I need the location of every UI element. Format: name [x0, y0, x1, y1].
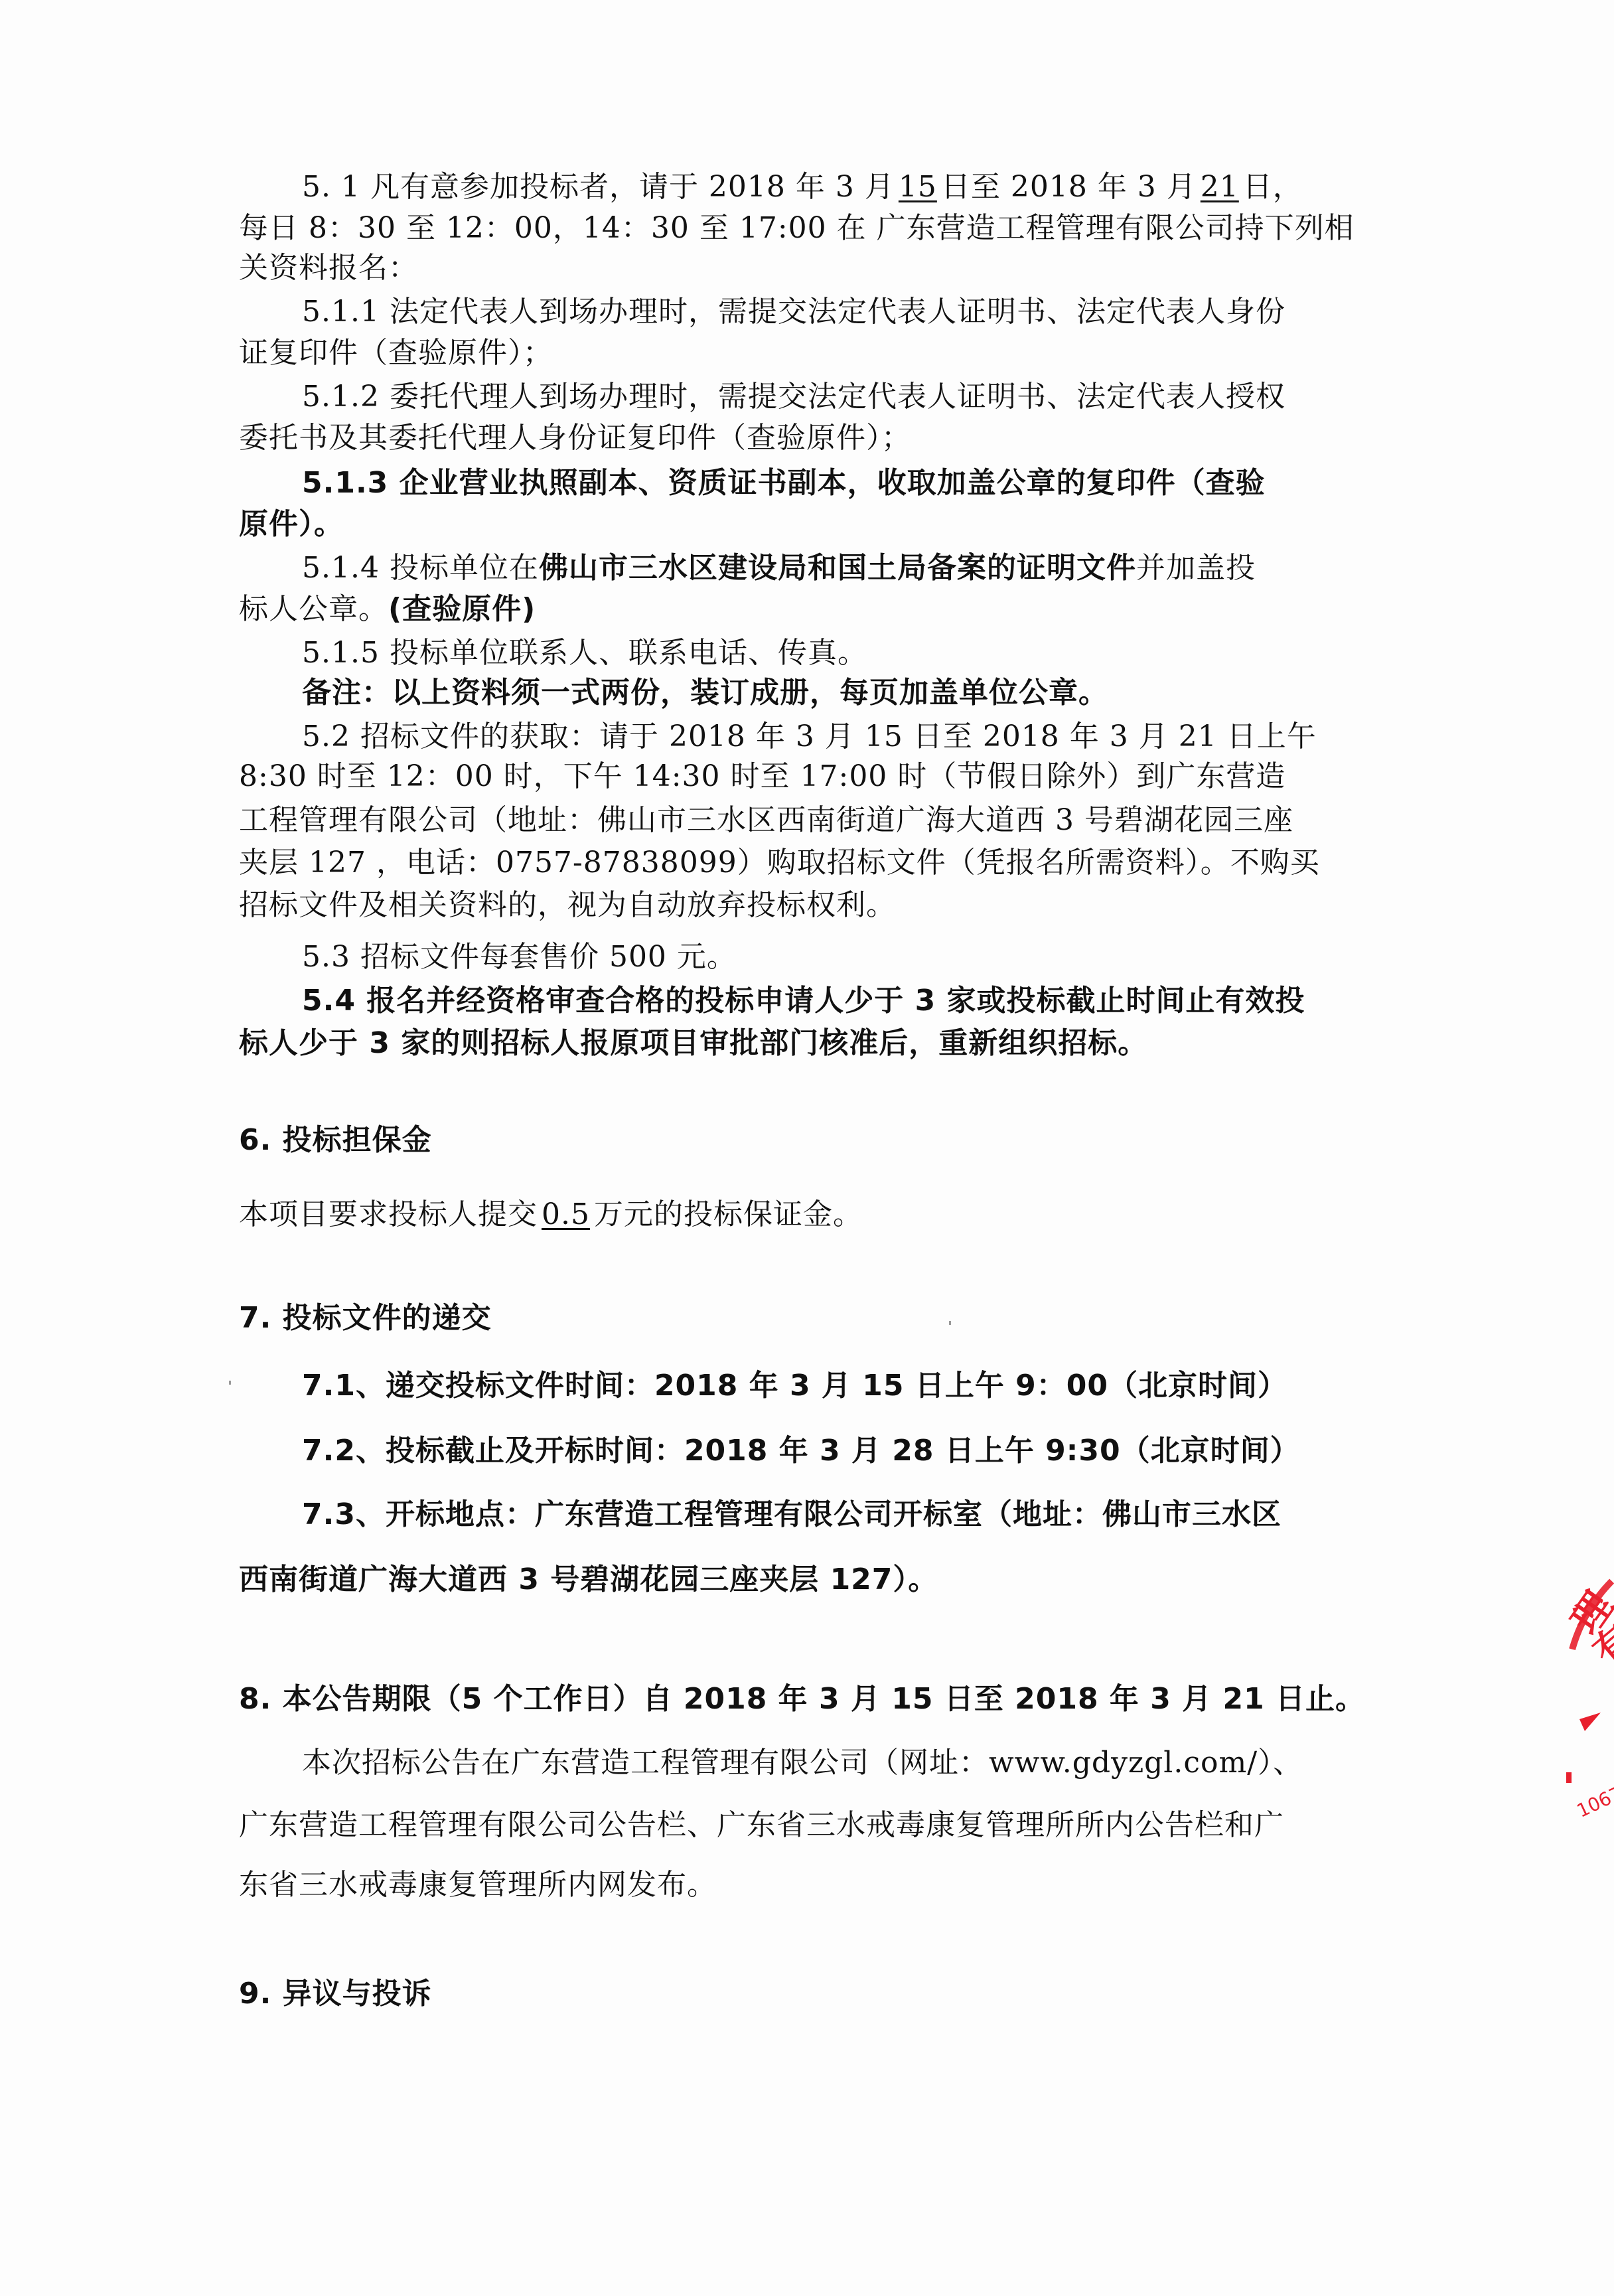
section8-body-line1: 本次招标公告在广东营造工程管理有限公司（网址：www.gdyzgl.com/）、 — [302, 1743, 1303, 1783]
section6-heading: 6. 投标担保金 — [239, 1120, 432, 1160]
p5-2-line3: 工程管理有限公司（地址：佛山市三水区西南街道广海大道西 3 号碧湖花园三座 — [239, 801, 1293, 840]
p5-2-line4: 夹层 127 ，电话：0757-87838099）购取招标文件（凭报名所需资料）… — [239, 843, 1320, 883]
p5-1-line2: 每日 8：30 至 12：00，14：30 至 17:00 在 广东营造工程管理… — [239, 208, 1355, 248]
text: 标人公章。 — [239, 592, 388, 626]
start-day-underlined: 15 — [895, 170, 941, 204]
text: 5.1.4 投标单位在 — [302, 551, 539, 585]
text: 日至 2018 年 3 月 — [941, 170, 1197, 204]
p5-1-line1: 5. 1 凡有意参加投标者，请于 2018 年 3 月15日至 2018 年 3… — [302, 167, 1303, 207]
section8-body-line3: 东省三水戒毒康复管理所内网发布。 — [239, 1865, 717, 1905]
document-page: 5. 1 凡有意参加投标者，请于 2018 年 3 月15日至 2018 年 3… — [0, 0, 1614, 2296]
text: 日， — [1243, 170, 1303, 204]
p5-1-2-line1: 5.1.2 委托代理人到场办理时，需提交法定代表人证明书、法定代表人授权 — [302, 377, 1285, 417]
p5-4-line2: 标人少于 3 家的则招标人报原项目审批部门核准后，重新组织招标。 — [239, 1024, 1147, 1063]
deposit-amount-underlined: 0.5 — [538, 1197, 594, 1231]
p5-1-3-line2: 原件）。 — [239, 504, 344, 544]
company-seal-icon: 理 有 1067 — [1553, 1520, 1614, 1865]
svg-text:1067: 1067 — [1574, 1782, 1614, 1822]
section6-body: 本项目要求投标人提交0.5万元的投标保证金。 — [239, 1195, 863, 1235]
p5-2-line5: 招标文件及相关资料的，视为自动放弃投标权利。 — [239, 885, 896, 925]
p5-3-line1: 5.3 招标文件每套售价 500 元。 — [302, 937, 737, 977]
end-day-underlined: 21 — [1197, 170, 1243, 204]
p5-1-1-line2: 证复印件（查验原件）； — [239, 333, 553, 373]
section8-heading: 8. 本公告期限（5 个工作日）自 2018 年 3 月 15 日至 2018 … — [239, 1679, 1365, 1719]
scan-speck — [229, 1381, 231, 1385]
p5-1-4-line2: 标人公章。(查验原件) — [239, 589, 536, 629]
p5-1-2-line2: 委托书及其委托代理人身份证复印件（查验原件）； — [239, 418, 911, 458]
text: 并加盖投 — [1136, 551, 1256, 585]
p5-4-line1: 5.4 报名并经资格审查合格的投标申请人少于 3 家或投标截止时间止有效投 — [302, 981, 1305, 1021]
scan-speck — [949, 1321, 951, 1325]
bold-text: 佛山市三水区建设局和国土局备案的证明文件 — [539, 551, 1136, 585]
p7-3-line2: 西南街道广海大道西 3 号碧湖花园三座夹层 127）。 — [239, 1560, 938, 1600]
text: 万元的投标保证金。 — [594, 1197, 863, 1231]
p5-1-1-line1: 5.1.1 法定代表人到场办理时，需提交法定代表人证明书、法定代表人身份 — [302, 292, 1285, 332]
section8-body-line2: 广东营造工程管理有限公司公告栏、广东省三水戒毒康复管理所所内公告栏和广 — [239, 1805, 1284, 1845]
p7-2: 7.2、投标截止及开标时间：2018 年 3 月 28 日上午 9:30（北京时… — [302, 1431, 1300, 1471]
p7-1: 7.1、递交投标文件时间：2018 年 3 月 15 日上午 9：00（北京时间… — [302, 1366, 1287, 1406]
note-line: 备注：以上资料须一式两份，装订成册，每页加盖单位公章。 — [302, 673, 1108, 713]
p5-2-line1: 5.2 招标文件的获取：请于 2018 年 3 月 15 日至 2018 年 3… — [302, 717, 1317, 757]
p5-1-5-line1: 5.1.5 投标单位联系人、联系电话、传真。 — [302, 633, 867, 673]
text: 本项目要求投标人提交 — [239, 1197, 538, 1231]
p5-1-3-line1: 5.1.3 企业营业执照副本、资质证书副本，收取加盖公章的复印件（查验 — [302, 463, 1266, 503]
p5-1-4-line1: 5.1.4 投标单位在佛山市三水区建设局和国土局备案的证明文件并加盖投 — [302, 548, 1256, 588]
p7-3-line1: 7.3、开标地点：广东营造工程管理有限公司开标室（地址：佛山市三水区 — [302, 1495, 1282, 1535]
p5-1-line3: 关资料报名： — [239, 248, 418, 288]
text: 5. 1 凡有意参加投标者，请于 2018 年 3 月 — [302, 170, 895, 204]
p5-2-line2: 8:30 时至 12：00 时，下午 14:30 时至 17:00 时（节假日除… — [239, 757, 1285, 797]
section9-heading: 9. 异议与投诉 — [239, 1974, 432, 2014]
bold-text: (查验原件) — [388, 592, 536, 626]
section7-heading: 7. 投标文件的递交 — [239, 1298, 492, 1338]
